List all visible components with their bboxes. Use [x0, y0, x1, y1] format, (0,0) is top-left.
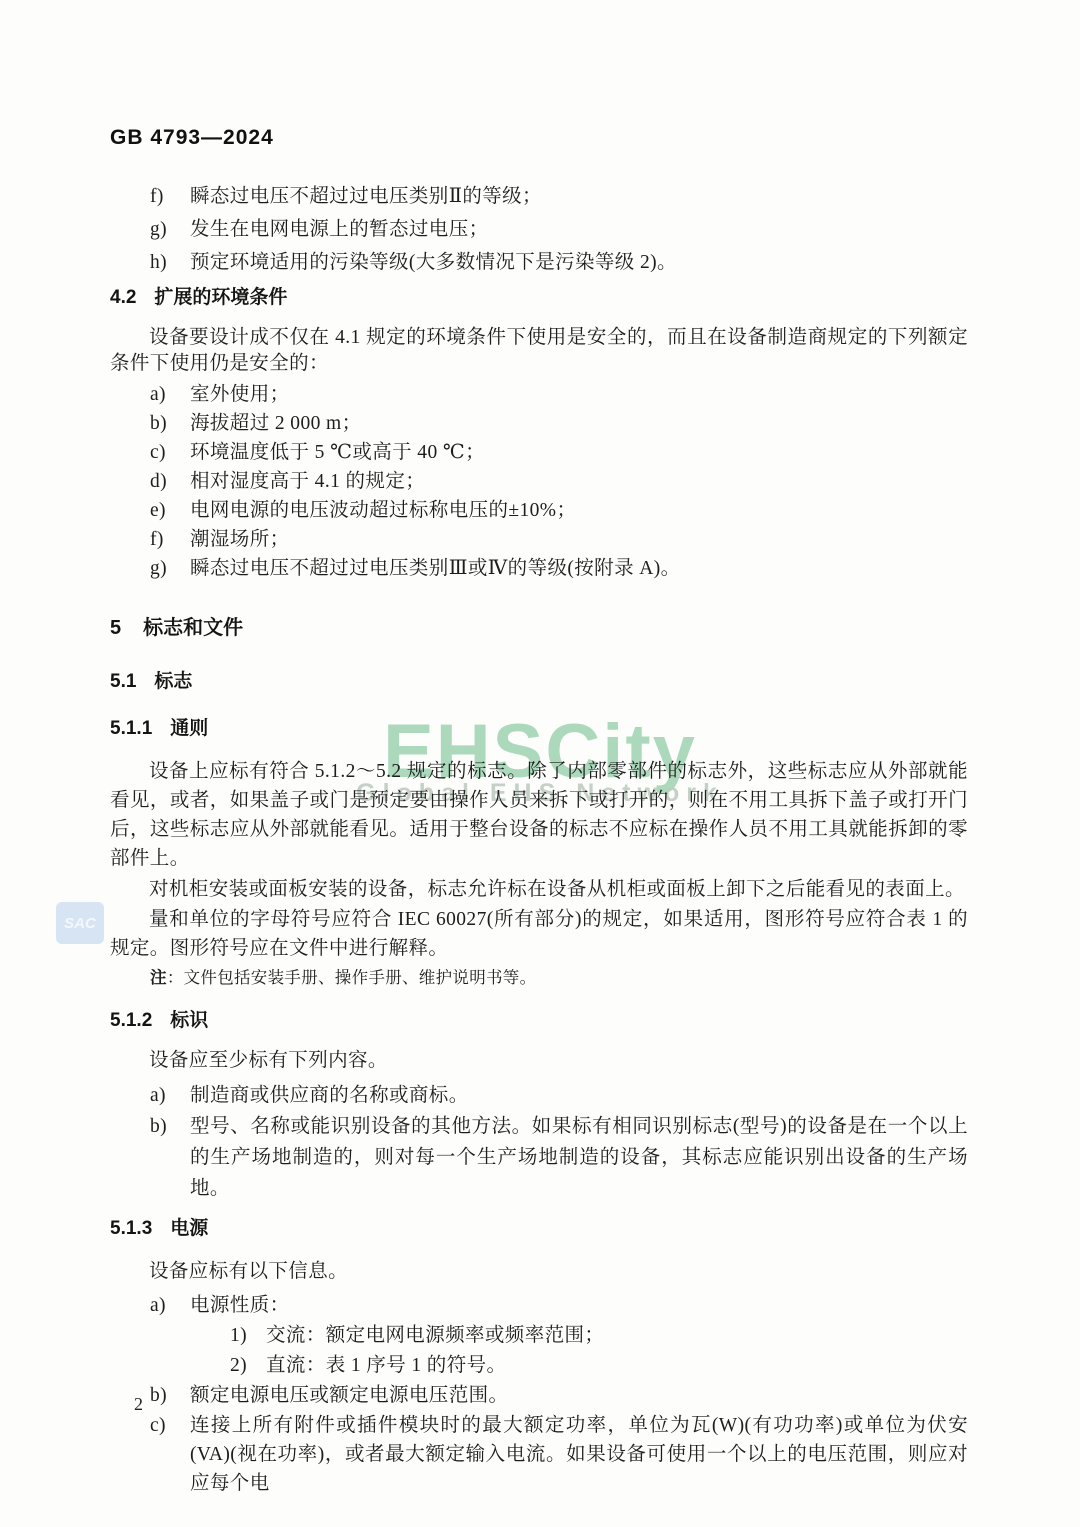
paragraph: 设备要设计成不仅在 4.1 规定的环境条件下使用是安全的，而且在设备制造商规定的… [110, 325, 968, 377]
page-content: f) 瞬态过电压不超过过电压类别Ⅱ的等级； g) 发生在电网电源上的暂态过电压；… [110, 175, 968, 1499]
list-power-supply: a) 电源性质： 1) 交流：额定电网电源频率或频率范围； 2) 直流：表 1 … [110, 1291, 968, 1498]
list-item-label: g) [150, 216, 190, 244]
list-item: g) 发生在电网电源上的暂态过电压； [150, 216, 968, 244]
list-item-label: f) [150, 527, 190, 553]
list-item: b) 型号、名称或能识别设备的其他方法。如果标有相同识别标志(型号)的设备是在一… [150, 1111, 968, 1204]
paragraph: 设备应标有以下信息。 [110, 1259, 968, 1285]
note: 注：文件包括安装手册、操作手册、维护说明书等。 [150, 966, 968, 990]
list-item-label: h) [150, 249, 190, 277]
list-item-label: 1) [230, 1321, 266, 1350]
list-extended-conditions: a) 室外使用； b) 海拔超过 2 000 m； c) 环境温度低于 5 ℃或… [110, 382, 968, 582]
section-number: 5.1.2 [110, 1008, 152, 1034]
list-item: g) 瞬态过电压不超过过电压类别Ⅲ或Ⅳ的等级(按附录 A)。 [150, 556, 968, 582]
list-item: a) 电源性质： [150, 1291, 968, 1320]
chapter-number: 5 [110, 613, 121, 643]
list-item-text: 连接上所有附件或插件模块时的最大额定功率，单位为瓦(W)(有功功率)或单位为伏安… [190, 1411, 968, 1498]
list-item-text: 额定电源电压或额定电源电压范围。 [190, 1381, 968, 1410]
list-item-label: a) [150, 382, 190, 408]
list-item: c) 连接上所有附件或插件模块时的最大额定功率，单位为瓦(W)(有功功率)或单位… [150, 1411, 968, 1498]
section-number: 5.1.3 [110, 1216, 152, 1242]
section-title: 扩展的环境条件 [154, 285, 287, 311]
list-item-label: 2) [230, 1351, 266, 1380]
list-item-text: 交流：额定电网电源频率或频率范围； [266, 1321, 968, 1350]
section-heading-5-1-1: 5.1.1 通则 [110, 716, 968, 742]
list-item: d) 相对湿度高于 4.1 的规定； [150, 469, 968, 495]
doc-number: GB 4793—2024 [110, 126, 274, 150]
list-item-text: 相对湿度高于 4.1 的规定； [190, 469, 968, 495]
list-item: b) 额定电源电压或额定电源电压范围。 [150, 1381, 968, 1410]
section-title: 通则 [170, 716, 208, 742]
list-item-label: f) [150, 183, 190, 211]
list-identification: a) 制造商或供应商的名称或商标。 b) 型号、名称或能识别设备的其他方法。如果… [110, 1080, 968, 1204]
section-heading-5-1-2: 5.1.2 标识 [110, 1008, 968, 1034]
section-title: 标识 [170, 1008, 208, 1034]
list-item-text: 型号、名称或能识别设备的其他方法。如果标有相同识别标志(型号)的设备是在一个以上… [190, 1111, 968, 1204]
list-item-text: 电源性质： [190, 1291, 968, 1320]
list-item-text: 直流：表 1 序号 1 的符号。 [266, 1351, 968, 1380]
sac-logo: SAC [56, 902, 104, 944]
list-overvoltage: f) 瞬态过电压不超过过电压类别Ⅱ的等级； g) 发生在电网电源上的暂态过电压；… [110, 183, 968, 277]
list-item-label: b) [150, 1111, 190, 1204]
list-item-text: 瞬态过电压不超过过电压类别Ⅱ的等级； [190, 183, 968, 211]
section-title: 标志 [154, 669, 192, 695]
section-number: 5.1.1 [110, 716, 152, 742]
list-item-text: 海拔超过 2 000 m； [190, 411, 968, 437]
list-item: b) 海拔超过 2 000 m； [150, 411, 968, 437]
list-item: e) 电网电源的电压波动超过标称电压的±10%； [150, 498, 968, 524]
sub-list-item: 2) 直流：表 1 序号 1 的符号。 [230, 1351, 968, 1380]
list-item-text: 环境温度低于 5 ℃或高于 40 ℃； [190, 440, 968, 466]
list-item: c) 环境温度低于 5 ℃或高于 40 ℃； [150, 440, 968, 466]
list-item: h) 预定环境适用的污染等级(大多数情况下是污染等级 2)。 [150, 249, 968, 277]
list-item: a) 室外使用； [150, 382, 968, 408]
paragraph: 量和单位的字母符号应符合 IEC 60027(所有部分)的规定，如果适用，图形符… [110, 905, 968, 963]
list-item-label: a) [150, 1080, 190, 1111]
chapter-title: 标志和文件 [143, 613, 243, 643]
list-item-label: c) [150, 1411, 190, 1498]
section-heading-5-1-3: 5.1.3 电源 [110, 1216, 968, 1242]
list-item-label: c) [150, 440, 190, 466]
section-title: 电源 [170, 1216, 208, 1242]
list-item-label: b) [150, 1381, 190, 1410]
list-item: a) 制造商或供应商的名称或商标。 [150, 1080, 968, 1111]
page-number: 2 [134, 1394, 143, 1415]
list-item-text: 瞬态过电压不超过过电压类别Ⅲ或Ⅳ的等级(按附录 A)。 [190, 556, 968, 582]
list-item-label: e) [150, 498, 190, 524]
document-page: SAC EHSCity Global EHS Network GB 4793—2… [0, 0, 1080, 1527]
list-item-label: a) [150, 1291, 190, 1320]
list-item-text: 制造商或供应商的名称或商标。 [190, 1080, 968, 1111]
list-item-text: 预定环境适用的污染等级(大多数情况下是污染等级 2)。 [190, 249, 968, 277]
section-number: 5.1 [110, 669, 136, 695]
list-item: f) 潮湿场所； [150, 527, 968, 553]
chapter-heading-5: 5 标志和文件 [110, 613, 968, 643]
list-item-text: 潮湿场所； [190, 527, 968, 553]
list-item-text: 发生在电网电源上的暂态过电压； [190, 216, 968, 244]
section-heading-4-2: 4.2 扩展的环境条件 [110, 285, 968, 311]
list-item-label: b) [150, 411, 190, 437]
paragraph: 设备应至少标有下列内容。 [110, 1048, 968, 1074]
list-item-label: d) [150, 469, 190, 495]
paragraph: 对机柜安装或面板安装的设备，标志允许标在设备从机柜或面板上卸下之后能看见的表面上… [110, 877, 968, 903]
section-heading-5-1: 5.1 标志 [110, 669, 968, 695]
list-item: f) 瞬态过电压不超过过电压类别Ⅱ的等级； [150, 183, 968, 211]
list-item-text: 室外使用； [190, 382, 968, 408]
note-text: ：文件包括安装手册、操作手册、维护说明书等。 [167, 968, 537, 987]
list-item-label: g) [150, 556, 190, 582]
paragraph: 设备上应标有符合 5.1.2～5.2 规定的标志。除了内部零部件的标志外，这些标… [110, 757, 968, 873]
section-number: 4.2 [110, 285, 136, 311]
list-item-text: 电网电源的电压波动超过标称电压的±10%； [190, 498, 968, 524]
sub-list-item: 1) 交流：额定电网电源频率或频率范围； [230, 1321, 968, 1350]
note-label: 注 [150, 968, 167, 987]
